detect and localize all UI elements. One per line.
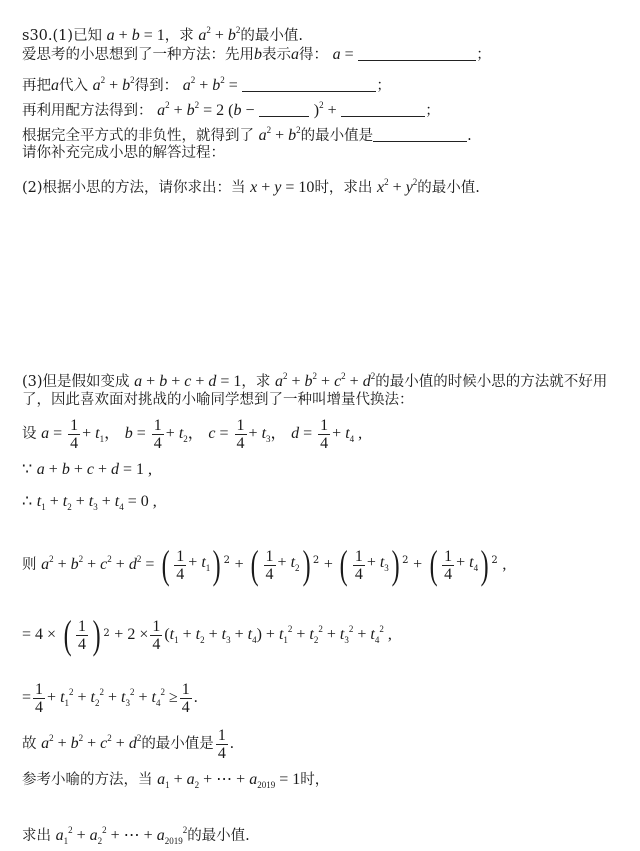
part3-line2: 了，因此喜欢面对挑战的小喻同学想到了一种叫增量代换法：	[22, 390, 414, 410]
text: 得：	[299, 47, 328, 63]
because-symbol: ∵	[22, 461, 32, 478]
text: 的最小值.	[240, 28, 303, 44]
term-1: (14+ t1)2	[159, 540, 230, 591]
term-4: (14+ t4)2	[427, 540, 498, 591]
text: 爱思考的小思想到了一种方法：先用	[22, 47, 254, 63]
text: 时，求出	[314, 180, 372, 196]
lhs: a =	[333, 46, 354, 63]
expression: a12 + a22 + ⋯ + a20192	[56, 827, 188, 844]
text: 请你补充完成小思的解答过程：	[22, 145, 225, 161]
text: 的最小值.	[417, 180, 480, 196]
text: ，求	[241, 374, 270, 390]
part1-line2: 爱思考的小思想到了一种方法：先用b表示a得： a = ；	[22, 45, 491, 65]
text: 求出	[22, 828, 51, 844]
expression: x2 + y2	[377, 179, 417, 196]
var-b: b	[254, 46, 262, 63]
text: 得到：	[135, 78, 179, 94]
text: 设	[22, 426, 37, 442]
final-line: 求出 a12 + a22 + ⋯ + a20192的最小值.	[22, 820, 250, 851]
set-b: b = 14+ t2，	[125, 425, 204, 442]
text: 表示	[262, 47, 291, 63]
expression: a2 + b2	[93, 77, 135, 94]
lhs: a2 + b2 = 2 (b −	[157, 102, 254, 119]
lhs: a2 + b2 + c2 + d2 =	[41, 556, 154, 573]
part1-line6: 请你补充完成小思的解答过程：	[22, 143, 225, 163]
text: 再利用配方法得到：	[22, 103, 153, 119]
text: 则	[22, 557, 37, 573]
text: 的最小值是	[301, 128, 374, 144]
var-a: a	[51, 77, 59, 94]
part3-line1: (3)但是假如变成 a + b + c + d = 1，求 a2 + b2 + …	[22, 366, 607, 392]
text: 根据完全平方式的非负性，就得到了	[22, 128, 254, 144]
period: .	[467, 128, 472, 144]
expression: a2 + b2	[259, 127, 301, 144]
quarter-squared: (14)2	[61, 613, 110, 657]
expression: a2 + b2 + c2 + d2	[41, 735, 141, 752]
text: ，求	[165, 28, 194, 44]
equation: x + y = 10	[250, 179, 314, 196]
answer-blank-3[interactable]	[259, 102, 309, 117]
part2-label: (2)	[22, 180, 43, 196]
equation: a1 + a2 + ⋯ + a2019 = 1	[157, 771, 300, 788]
lhs: a2 + b2 =	[183, 77, 238, 94]
equation: a + b + c + d = 1 ,	[37, 461, 152, 478]
equation: a + b + c + d = 1	[134, 373, 241, 390]
text: 的最小值是	[141, 736, 214, 752]
ref-line: 参考小喻的方法，当 a1 + a2 + ⋯ + a2019 = 1时，	[22, 770, 329, 795]
answer-blank-4[interactable]	[341, 102, 425, 117]
part3-label: (3)	[22, 374, 43, 390]
expression: a2 + b2	[198, 27, 240, 44]
part2-line: (2)根据小思的方法，请你求出：当 x + y = 10时，求出 x2 + y2…	[22, 172, 480, 198]
expression: a2 + b2 + c2 + d2	[275, 373, 375, 390]
because-line: ∵ a + b + c + d = 1 ,	[22, 460, 152, 480]
answer-blank-5[interactable]	[373, 127, 467, 142]
text: 的最小值.	[187, 828, 250, 844]
set-a: a = 14+ t1，	[41, 425, 120, 442]
square-plus: )2 +	[314, 102, 337, 119]
part1-line3: 再把a代入 a2 + b2得到： a2 + b2 = ；	[22, 70, 391, 96]
equation: a + b = 1	[107, 27, 165, 44]
text: 故	[22, 736, 37, 752]
part1-line4: 再利用配方法得到： a2 + b2 = 2 (b − )2 + ；	[22, 95, 440, 121]
text: 了，因此喜欢面对挑战的小喻同学想到了一种叫增量代换法：	[22, 392, 414, 408]
text: 时，	[300, 772, 329, 788]
text: 再把	[22, 78, 51, 94]
part1-line1: s30.(1)已知 a + b = 1，求 a2 + b2的最小值.	[22, 20, 303, 46]
set-c: c = 14+ t3，	[208, 425, 286, 442]
step3-line: =14+ t12 + t22 + t32 + t42 ≥14.	[22, 672, 198, 723]
therefore-line: ∴ t1 + t2 + t3 + t4 = 0 ,	[22, 492, 157, 517]
therefore-symbol: ∴	[22, 493, 32, 510]
text: 但是假如变成	[43, 374, 130, 390]
term-3: (14+ t3)2	[337, 540, 408, 591]
step2-line: = 4 × (14)2 + 2 ×14(t1 + t2 + t3 + t4) +…	[22, 606, 392, 663]
text: 参考小喻的方法，当	[22, 772, 153, 788]
var-a: a	[291, 46, 299, 63]
text: 已知	[73, 28, 102, 44]
answer-blank-2[interactable]	[242, 77, 376, 92]
then-line: 则 a2 + b2 + c2 + d2 = (14+ t1)2 + (14+ t…	[22, 536, 506, 591]
equation: t1 + t2 + t3 + t4 = 0 ,	[37, 493, 157, 510]
semicolon: ；	[425, 103, 440, 119]
semicolon: ；	[476, 47, 491, 63]
text: 根据小思的方法，请你求出：当	[43, 180, 246, 196]
set-d: d = 14+ t4 ,	[291, 425, 362, 442]
term-2: (14+ t2)2	[248, 540, 319, 591]
problem-number: s30.	[22, 28, 53, 44]
text: 代入	[59, 78, 88, 94]
min-value: 14	[216, 727, 228, 762]
semicolon: ；	[376, 78, 391, 94]
conclusion-line: 故 a2 + b2 + c2 + d2的最小值是14.	[22, 718, 234, 764]
set-line: 设 a = 14+ t1， b = 14+ t2， c = 14+ t3， d …	[22, 414, 362, 459]
answer-blank-1[interactable]	[358, 46, 476, 61]
part1-label: (1)	[53, 28, 74, 44]
text: 的最小值的时候小思的方法就不好用	[375, 374, 607, 390]
